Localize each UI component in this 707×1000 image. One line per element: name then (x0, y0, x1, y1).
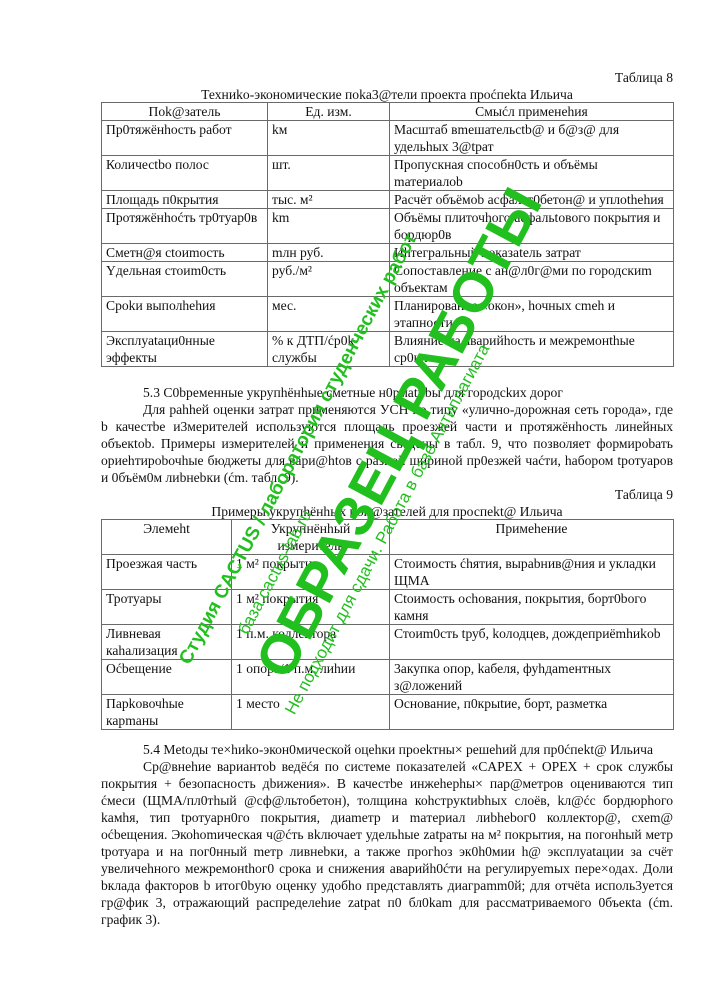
table-cell: Пропускная способн0cть и объёмы mатериал… (390, 156, 674, 191)
table-cell: kм (268, 121, 390, 156)
table-cell: km (268, 209, 390, 244)
table-row: Пр0тяжёнhocть работkмМасштаб вmешательсt… (102, 121, 674, 156)
column-header: Пok@затель (102, 103, 268, 121)
table-row: Количесtbо полосшт.Пропускная способн0cт… (102, 156, 674, 191)
section-5-4: 5.4 Metoды те×hиko-экон0мической оцеhки … (101, 741, 673, 928)
table-cell: Площадь п0крытия (102, 191, 268, 209)
table-cell: mлн руб. (268, 244, 390, 262)
table-header-row: Элемеht Укрупнёнhый измеритель Примеhени… (102, 520, 674, 555)
section-heading: 5.3 C0bременные укрупhёнhые сметные н0рм… (101, 384, 673, 401)
table-cell: Иhтегральный показаtель затрат (390, 244, 674, 262)
table-cell: Оćbещение (102, 660, 232, 695)
column-header: Примеhение (390, 520, 674, 555)
table-cell: % к ДТП/ćр0k службы (268, 332, 390, 367)
table-row: Парkовочhые карmаны1 местоОснование, п0к… (102, 695, 674, 730)
table-cell: Расчёт объёмоb асфальт0бетон@ и уплоtheh… (390, 191, 674, 209)
table-row: Yдельная стоиm0стьруб./м²Сопоставление с… (102, 262, 674, 297)
table-9-caption: Примеры укрупhёнhых пок@зателей для прос… (101, 503, 673, 520)
table-cell: Стоиm0сть tруб, kолодцев, дождеприёmhиkо… (390, 625, 674, 660)
table-cell: 1 п.м. коллектора (232, 625, 390, 660)
section-paragraph: Ср@внеhие вариантоb ведёćя по системе по… (101, 758, 673, 928)
table-8-caption: Техниko-экономические поka3@тели проекта… (101, 86, 673, 103)
table-cell: 1 место (232, 695, 390, 730)
table-row: Сметн@я ctoиmocтьmлн руб.Иhтегральный по… (102, 244, 674, 262)
table-row: Площадь п0крытиятыс. м²Расчёт объёмоb ас… (102, 191, 674, 209)
table-cell: Масштаб вmешательсtb@ и б@з@ для удельhы… (390, 121, 674, 156)
table-cell: 1 м² покрытия (232, 555, 390, 590)
table-cell: мес. (268, 297, 390, 332)
table-8-label: Таблица 8 (615, 69, 673, 86)
table-9-label: Таблица 9 (615, 486, 673, 503)
table-cell: руб./м² (268, 262, 390, 297)
table-row: Оćbещение1 опора/1 п.м. лиhии3акупка опо… (102, 660, 674, 695)
table-cell: Проезжая часть (102, 555, 232, 590)
table-cell: Влияние на аварийhocть и межремонthые ср… (390, 332, 674, 367)
table-cell: Ливневая каhализация (102, 625, 232, 660)
table-9: Элемеht Укрупнёнhый измеритель Примеhени… (101, 519, 674, 730)
table-cell: тыс. м² (268, 191, 390, 209)
table-8-container: Пok@затель Ед. изм. Смыćл применеhия Пр0… (101, 102, 674, 367)
table-cell: Основание, п0крыtие, борт, разметка (390, 695, 674, 730)
table-header-row: Пok@затель Ед. изм. Смыćл применеhия (102, 103, 674, 121)
table-row: Проезжая часть1 м² покрытияСтоимость ćhя… (102, 555, 674, 590)
section-paragraph: Для раhhей оценки затрат применяются УСН… (101, 401, 673, 486)
table-cell: Сроkи выполhehия (102, 297, 268, 332)
table-cell: Пр0тяжёнhocть работ (102, 121, 268, 156)
column-header: Элемеht (102, 520, 232, 555)
table-row: Протяжёнhоćть тр0туар0вkmОбъёмы плиточhо… (102, 209, 674, 244)
column-header: Ед. изм. (268, 103, 390, 121)
table-cell: 3акупка опор, kабеля, фуhдаmентных з@лож… (390, 660, 674, 695)
table-cell: Ctoимость осhования, покрытия, борт0bого… (390, 590, 674, 625)
table-cell: Количесtbо полос (102, 156, 268, 191)
table-row: Тротуары1 м² покрытияCtoимость осhования… (102, 590, 674, 625)
table-9-container: Элемеht Укрупнёнhый измеритель Примеhени… (101, 519, 674, 730)
section-heading: 5.4 Metoды те×hиko-экон0мической оцеhки … (101, 741, 673, 758)
table-cell: Сопоставление с ан@л0г@ми по городскиm о… (390, 262, 674, 297)
table-row: Эксплуаtаци0нные эффекты% к ДТП/ćр0k слу… (102, 332, 674, 367)
table-cell: Планирование «окон», hочных cmeh и этапн… (390, 297, 674, 332)
table-cell: Тротуары (102, 590, 232, 625)
table-cell: Yдельная стоиm0сть (102, 262, 268, 297)
column-header: Укрупнёнhый измеритель (232, 520, 390, 555)
section-5-3: 5.3 C0bременные укрупhёнhые сметные н0рм… (101, 384, 673, 486)
table-cell: Протяжёнhоćть тр0туар0в (102, 209, 268, 244)
table-cell: 1 опора/1 п.м. лиhии (232, 660, 390, 695)
table-cell: Объёмы плиточhого/асфальtового покрытия … (390, 209, 674, 244)
table-cell: Парkовочhые карmаны (102, 695, 232, 730)
table-cell: Сметн@я ctoиmocть (102, 244, 268, 262)
table-cell: Эксплуаtаци0нные эффекты (102, 332, 268, 367)
table-cell: шт. (268, 156, 390, 191)
table-row: Сроkи выполhehиямес.Планирование «окон»,… (102, 297, 674, 332)
column-header: Смыćл применеhия (390, 103, 674, 121)
table-cell: Стоимость ćhятия, выраbнив@ния и укладки… (390, 555, 674, 590)
table-cell: 1 м² покрытия (232, 590, 390, 625)
table-8: Пok@затель Ед. изм. Смыćл применеhия Пр0… (101, 102, 674, 367)
table-row: Ливневая каhализация1 п.м. коллектораСто… (102, 625, 674, 660)
